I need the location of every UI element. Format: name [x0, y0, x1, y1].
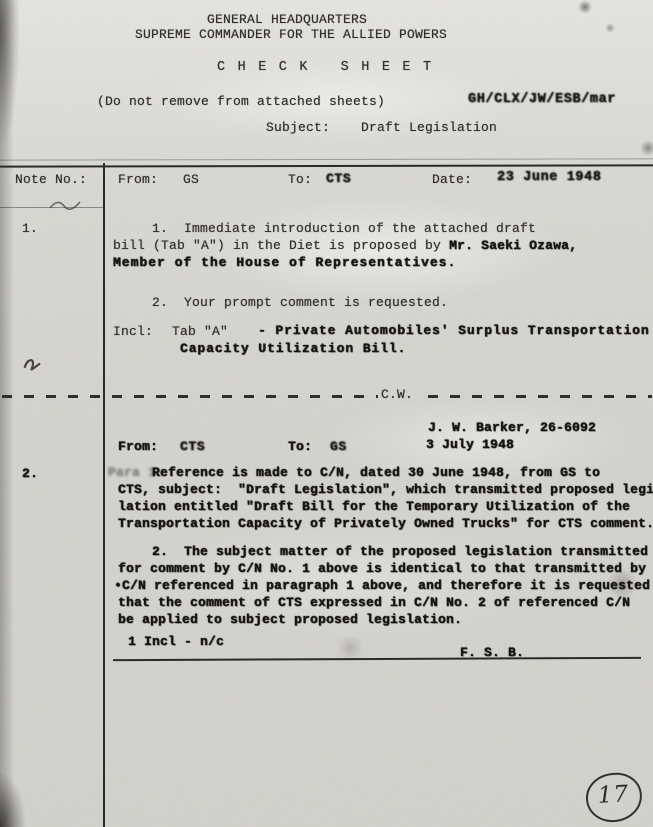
date-value-1: 23 June 1948: [497, 170, 601, 185]
date-value-2: 3 July 1948: [426, 437, 514, 452]
signature-rule: [113, 657, 641, 661]
subject-label: Subject:: [266, 120, 330, 135]
doc-title: C H E C K S H E E T: [217, 60, 433, 75]
note1-number: 1.: [22, 221, 38, 236]
reference-stamp: GH/CLX/JW/ESB/mar: [468, 92, 616, 107]
note2-para1-line4: Transportation Capacity of Privately Own…: [118, 516, 653, 531]
from-value-2: CTS: [180, 439, 205, 454]
note2-para1-line2: CTS, subject: "Draft Legislation", which…: [118, 482, 653, 497]
note1-para1-line2: bill (Tab "A") in the Diet is proposed b…: [113, 238, 577, 253]
remove-instruction: (Do not remove from attached sheets): [97, 94, 385, 109]
note2-para2-line4: that the comment of CTS expressed in C/N…: [118, 595, 630, 610]
margin-scribble: [22, 356, 44, 372]
note2-para2-line1: 2. The subject matter of the proposed le…: [152, 544, 648, 559]
note2-para1-line1: Reference is made to C/N, dated 30 June …: [152, 465, 600, 480]
incl-tab: Tab "A": [172, 324, 228, 339]
from-label-2: From:: [118, 439, 158, 454]
dashed-divider-right: [428, 395, 652, 398]
note1-para1-line2-bold: Mr. Saeki Ozawa,: [449, 238, 577, 253]
signer-initials: F. S. B.: [460, 645, 524, 660]
column-divider-rule: [103, 163, 105, 827]
to-value-1: CTS: [326, 171, 351, 186]
note2-para2-line2: for comment by C/N No. 1 above is identi…: [118, 561, 646, 576]
from-label-1: From:: [118, 172, 158, 187]
note2-para2-line3: •C/N referenced in paragraph 1 above, an…: [114, 578, 650, 593]
page-number-stamp: 17: [583, 770, 645, 825]
scanned-check-sheet-page: GENERAL HEADQUARTERS SUPREME COMMANDER F…: [0, 0, 653, 827]
to-label-2: To:: [288, 439, 312, 454]
divider-initials: C.W.: [381, 387, 413, 402]
checkmark-scribble: [48, 196, 82, 212]
incl-label: Incl:: [113, 324, 153, 339]
note1-para2: 2. Your prompt comment is requested.: [152, 295, 448, 310]
subject-value: Draft Legislation: [361, 120, 497, 135]
dashed-divider-left: [2, 395, 378, 398]
incl-title-line1: - Private Automobiles' Surplus Transport…: [258, 323, 650, 338]
table-top-rule-faint: [0, 158, 653, 160]
from-value-1: GS: [183, 172, 199, 187]
note2-para1-line3: lation entitled "Draft Bill for the Temp…: [118, 499, 630, 514]
note1-para1-line2-plain: bill (Tab "A") in the Diet is proposed b…: [113, 238, 449, 253]
to-label-1: To:: [288, 172, 312, 187]
page-number-value: 17: [597, 781, 630, 809]
note2-number: 2.: [22, 466, 38, 481]
note1-para1-line1: 1. Immediate introduction of the attache…: [152, 221, 536, 236]
note2-para2-line5: be applied to subject proposed legislati…: [118, 612, 462, 627]
date-label-1: Date:: [432, 172, 472, 187]
incl-title-line2: Capacity Utilization Bill.: [180, 341, 406, 356]
to-value-2: GS: [330, 439, 347, 454]
org-name-line1: GENERAL HEADQUARTERS: [207, 12, 367, 27]
incl-note: 1 Incl - n/c: [128, 634, 224, 649]
signer-phone-line: J. W. Barker, 26-6092: [428, 420, 596, 435]
note-no-header-label: Note No.:: [15, 172, 87, 187]
org-name-line2: SUPREME COMMANDER FOR THE ALLIED POWERS: [135, 27, 447, 42]
note1-para1-line3-bold: Member of the House of Representatives.: [113, 255, 456, 270]
table-top-rule: [0, 164, 653, 167]
